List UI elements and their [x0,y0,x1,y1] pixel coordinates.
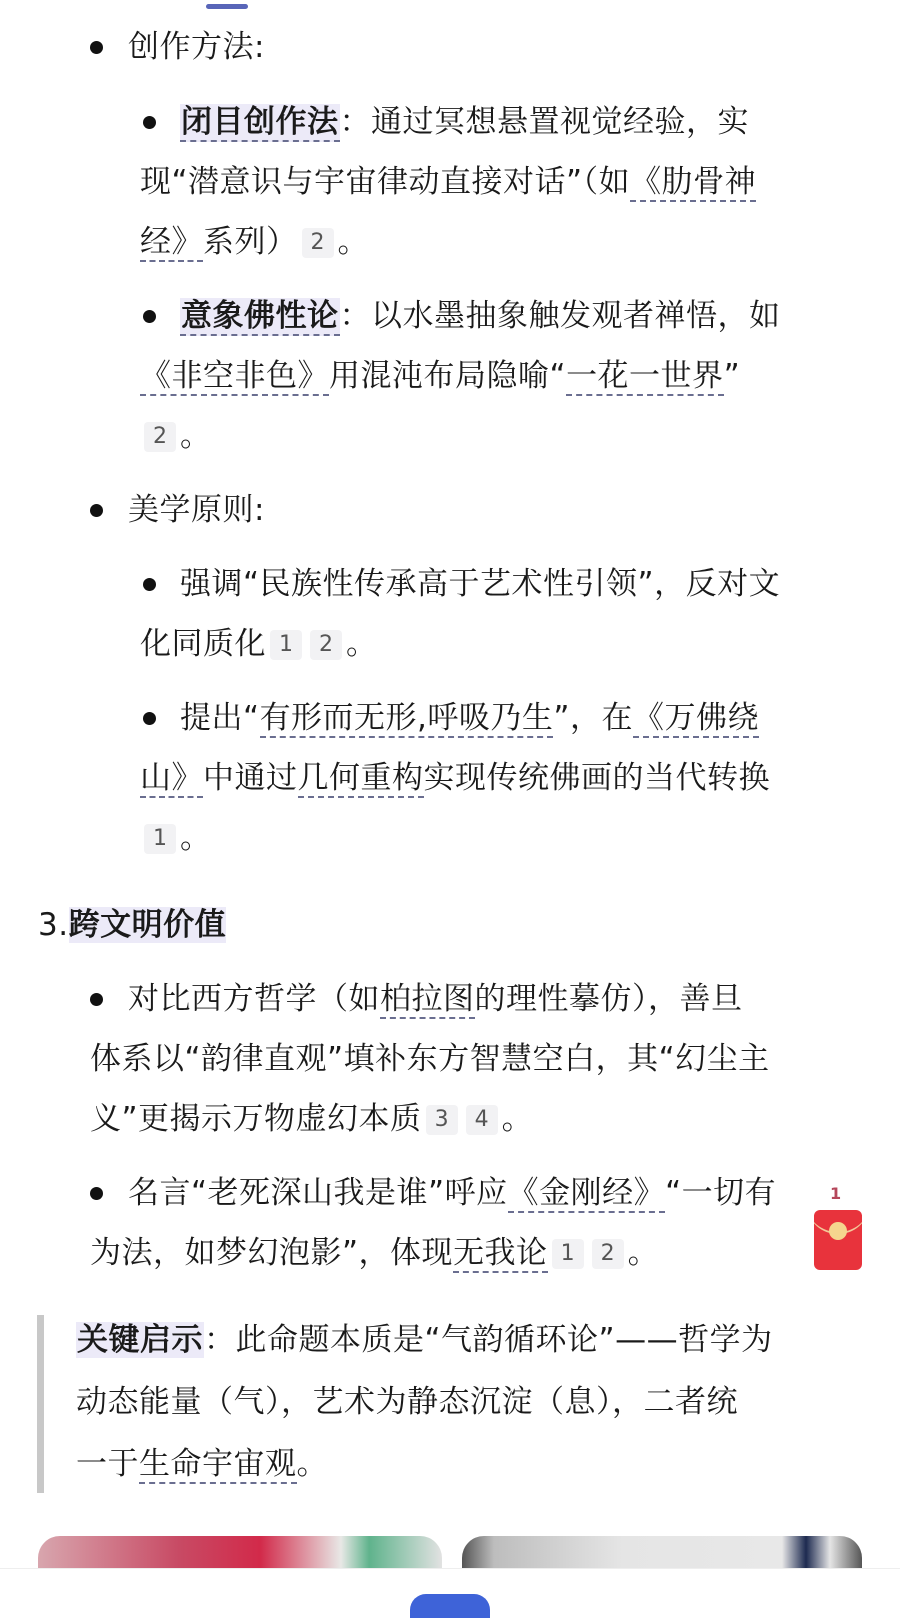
heading-number: 3. [38,907,69,943]
bullet-icon [143,578,156,591]
citation-badge[interactable]: 2 [302,228,334,258]
term-link[interactable]: 无我论 [453,1235,548,1273]
list-item: 意象佛性论：以水墨抽象触发观者禅悟，如 [180,296,781,336]
red-envelope-icon[interactable] [814,1210,862,1270]
envelope-seal [829,1222,847,1240]
text: 。 [346,626,378,662]
key-insight-term: 关键启示 [76,1322,204,1358]
list-item-cont: 经》系列）2。 [140,222,369,262]
term-link[interactable]: 《非空非色》 [140,358,329,396]
text: 提出“ [180,700,260,736]
term-link[interactable]: 几何重构 [298,760,424,798]
section-heading: 3.跨文明价值 [38,905,226,945]
key-insight-line: 动态能量（气），艺术为静态沉淀（息），二者统 [76,1382,738,1422]
term-link[interactable]: 山》 [140,760,203,798]
text: ” [724,358,741,394]
text: ：此命题本质是“气韵循环论”——哲学为 [204,1322,773,1358]
underline-fragment [206,4,248,9]
text: 。 [180,418,212,454]
text: 对比西方哲学（如 [128,981,380,1017]
list-item-cont: 1。 [140,818,212,858]
citation-badge[interactable]: 3 [426,1105,458,1135]
text: 中通过 [203,760,298,796]
key-insight-line: 一于生命宇宙观。 [76,1444,328,1484]
citation-badge[interactable]: 4 [466,1105,498,1135]
text: 现“潜意识与宇宙律动直接对话”（如 [140,164,630,200]
text: 一于 [76,1446,139,1482]
text: ”，在 [553,700,633,736]
text: 系列） [203,224,298,260]
text: 。 [502,1101,534,1137]
bullet-icon [90,504,103,517]
term-link[interactable]: 《肋骨神 [630,164,756,202]
citation-badge[interactable]: 1 [144,824,176,854]
list-item-cont: 为法，如梦幻泡影”，体现无我论12。 [90,1233,659,1273]
list-item: 强调“民族性传承高于艺术性引领”，反对文 [180,564,780,604]
list-item-cont: 现“潜意识与宇宙律动直接对话”（如《肋骨神 [140,162,756,202]
text: 实现传统佛画的当代转换 [424,760,771,796]
list-item-label: 美学原则: [128,490,265,530]
term-link[interactable]: 《金刚经》 [508,1175,666,1213]
text: ：通过冥想悬置视觉经验，实 [340,104,750,140]
citation-badge[interactable]: 2 [310,630,342,660]
bullet-icon [90,993,103,1006]
text: 化同质化 [140,626,266,662]
term-link[interactable]: 闭目创作法 [180,104,340,142]
text: 名言“老死深山我是谁”呼应 [128,1175,508,1211]
list-item: 名言“老死深山我是谁”呼应《金刚经》“一切有 [128,1173,776,1213]
list-item-cont: 山》中通过几何重构实现传统佛画的当代转换 [140,758,770,798]
text: 用混沌布局隐喻“ [329,358,566,394]
text: “一切有 [665,1175,776,1211]
list-item-cont: 《非空非色》用混沌布局隐喻“一花一世界” [140,356,740,396]
term-link[interactable]: 一花一世界 [566,358,724,396]
list-item-cont: 2。 [140,416,212,456]
list-item-cont: 义”更揭示万物虚幻本质34。 [90,1099,533,1139]
blockquote-bar [37,1315,44,1493]
citation-badge[interactable]: 2 [592,1239,624,1269]
list-item: 对比西方哲学（如柏拉图的理性摹仿），善旦 [128,979,743,1019]
text: 义”更揭示万物虚幻本质 [90,1101,422,1137]
heading-title: 跨文明价值 [69,907,227,943]
text: 。 [338,224,370,260]
key-insight-line: 关键启示：此命题本质是“气韵循环论”——哲学为 [76,1320,773,1360]
list-item: 提出“有形而无形,呼吸乃生”，在《万佛绕 [180,698,759,738]
list-item-label: 创作方法: [128,27,265,67]
list-item-cont: 化同质化12。 [140,624,378,664]
bottom-action-button[interactable] [410,1594,490,1618]
term-link[interactable]: 柏拉图 [380,981,475,1019]
term-link[interactable]: 经》 [140,224,203,262]
bullet-icon [90,41,103,54]
text: ：以水墨抽象触发观者禅悟，如 [340,298,781,334]
term-link[interactable]: 有形而无形,呼吸乃生 [260,700,554,738]
citation-badge[interactable]: 1 [552,1239,584,1269]
list-item: 闭目创作法：通过冥想悬置视觉经验，实 [180,102,749,142]
citation-badge[interactable]: 1 [270,630,302,660]
bullet-icon [143,116,156,129]
citation-badge[interactable]: 2 [144,422,176,452]
bullet-icon [143,310,156,323]
hongbao-badge-count: 1 [830,1184,841,1203]
text: 的理性摹仿），善旦 [475,981,743,1017]
text: 。 [628,1235,660,1271]
text: 为法，如梦幻泡影”，体现 [90,1235,453,1271]
bullet-icon [143,712,156,725]
term-link[interactable]: 意象佛性论 [180,298,340,336]
list-item-cont: 体系以“韵律直观”填补东方智慧空白，其“幻尘主 [90,1039,770,1079]
bullet-icon [90,1187,103,1200]
text: 。 [180,820,212,856]
text: 。 [297,1446,329,1482]
term-link[interactable]: 《万佛绕 [633,700,759,738]
term-link[interactable]: 生命宇宙观 [139,1446,297,1484]
